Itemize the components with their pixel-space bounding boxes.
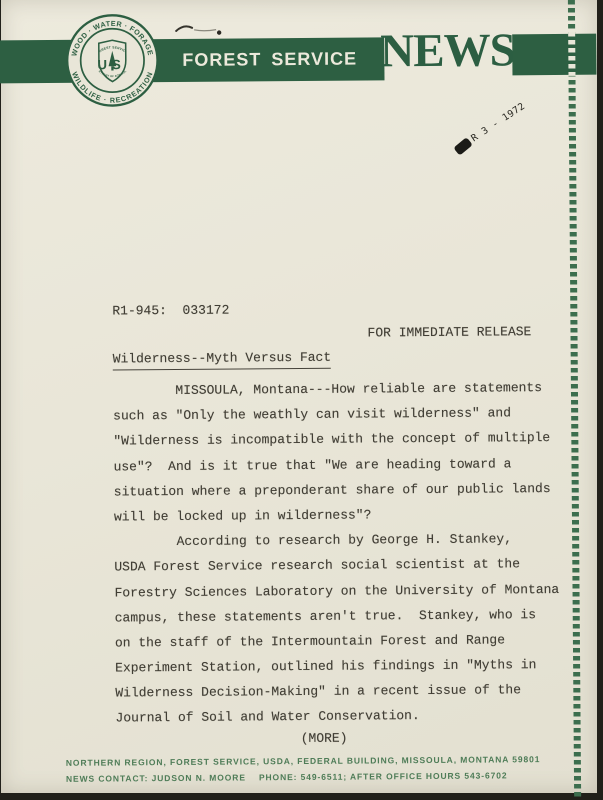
body-line: According to research by George H. Stank…	[114, 526, 559, 555]
forest-service-seal-logo: WOOD · WATER · FORAGE WILDLIFE · RECREAT…	[64, 12, 161, 109]
received-date-stamp: R 3 - 1972	[453, 101, 528, 155]
release-headline: Wilderness--Myth Versus Fact	[113, 350, 332, 370]
body-line: use"? And is it true that "We are headin…	[113, 451, 558, 480]
body-line: MISSOULA, Montana---How reliable are sta…	[113, 375, 558, 404]
press-release-body: MISSOULA, Montana---How reliable are sta…	[113, 375, 560, 731]
body-line: on the staff of the Intermountain Forest…	[115, 627, 560, 656]
body-line: Experiment Station, outlined his finding…	[115, 652, 560, 681]
seal-icon: WOOD · WATER · FORAGE WILDLIFE · RECREAT…	[64, 12, 161, 109]
shield-us-text: US	[97, 57, 125, 72]
stamp-date-text: R 3 - 1972	[469, 101, 527, 144]
release-number: R1-945: 033172	[112, 303, 229, 319]
body-line: Forestry Sciences Laboratory on the Univ…	[114, 576, 559, 605]
scan-tilt-wrapper: FOREST SERVICE NEWS WOOD · WATER · FORAG…	[0, 0, 600, 795]
body-line: USDA Forest Service research social scie…	[114, 551, 559, 580]
letterhead-footer: NORTHERN REGION, FOREST SERVICE, USDA, F…	[66, 751, 541, 787]
ink-blot	[453, 137, 472, 156]
pen-smudge-mark	[174, 21, 226, 44]
body-line: Wilderness Decision-Making" in a recent …	[115, 677, 560, 706]
body-line: situation where a preponderant share of …	[114, 476, 559, 505]
body-line: campus, these statements aren't true. St…	[115, 602, 560, 631]
scanned-page: FOREST SERVICE NEWS WOOD · WATER · FORAG…	[1, 0, 597, 793]
news-masthead-label: NEWS	[380, 27, 515, 75]
body-line: such as "Only the weathly can visit wild…	[113, 400, 558, 429]
footer-contact-line: NEWS CONTACT: JUDSON N. MOORE PHONE: 549…	[66, 767, 541, 787]
body-line: Journal of Soil and Water Conservation.	[115, 702, 560, 731]
more-marker: (MORE)	[301, 731, 348, 746]
agency-name-label: FOREST SERVICE	[182, 38, 357, 82]
release-status-line: FOR IMMEDIATE RELEASE	[367, 324, 531, 340]
body-line: "Wilderness is incompatible with the con…	[113, 425, 558, 454]
header-right-green-block	[512, 34, 596, 76]
perforation-dotted-line	[568, 0, 581, 800]
body-line: will be locked up in wilderness"?	[114, 501, 559, 530]
perforation-dotted-line-on-band	[568, 32, 575, 76]
